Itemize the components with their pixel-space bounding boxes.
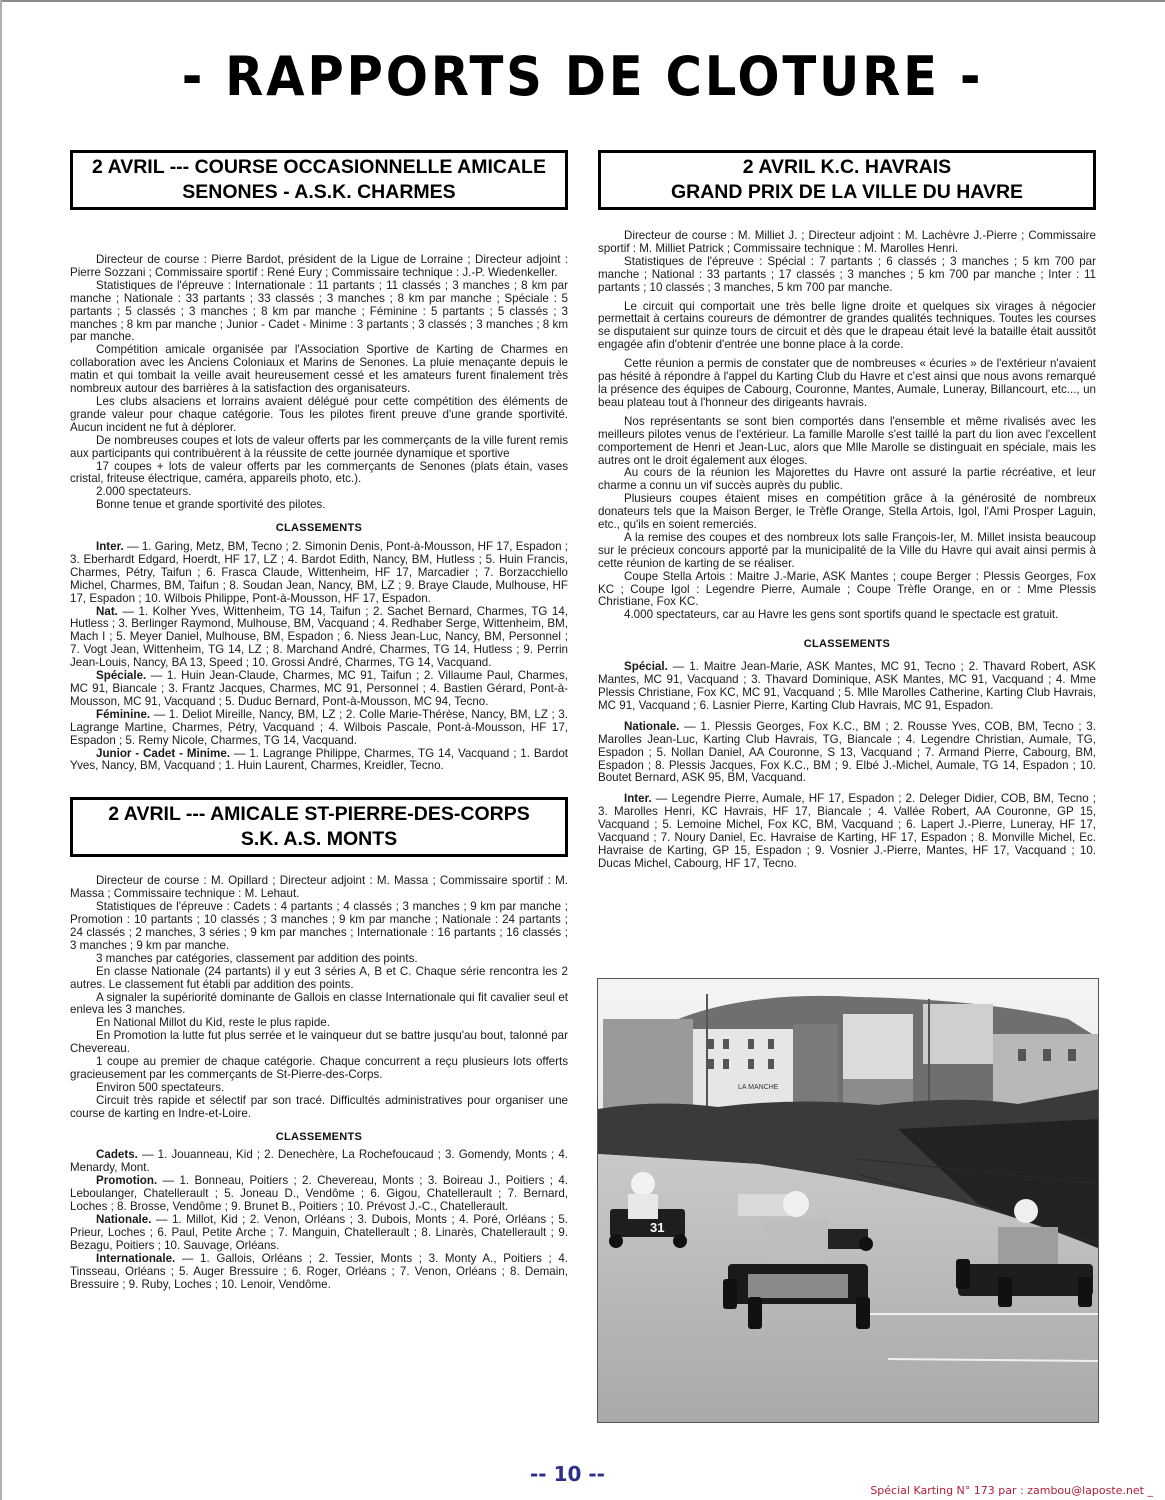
sign-text: LA MANCHE (738, 1084, 779, 1091)
category-results: — Legendre Pierre, Aumale, HF 17, Espado… (598, 792, 1096, 870)
category-results: — 1. Garing, Metz, BM, Tecno ; 2. Simoni… (70, 540, 568, 605)
heading-line-1: 2 AVRIL K.C. HAVRAIS (605, 155, 1089, 180)
paragraph: Statistiques de l'épreuve : Internationa… (70, 280, 568, 345)
paragraph: Plusieurs coupes étaient mises en compét… (598, 493, 1096, 532)
paragraph: Au cours de la réunion les Majorettes du… (598, 467, 1096, 493)
heading-line-2: GRAND PRIX DE LA VILLE DU HAVRE (605, 180, 1089, 205)
article-havre: 2 AVRIL K.C. HAVRAIS GRAND PRIX DE LA VI… (598, 150, 1096, 871)
paragraph: Le circuit qui comportait une très belle… (598, 301, 1096, 353)
paragraph: Bonne tenue et grande sportivité des pil… (70, 499, 568, 512)
paragraph: Cette réunion a permis de constater que … (598, 358, 1096, 410)
classement-entry: Spécial. — 1. Maitre Jean-Marie, ASK Man… (598, 661, 1096, 713)
classement-entry: Nationale. — 1. Millot, Kid ; 2. Venon, … (70, 1214, 568, 1253)
category-label: Spéciale. (96, 669, 146, 682)
category-label: Nationale. (96, 1213, 151, 1226)
paragraph: De nombreuses coupes et lots de valeur o… (70, 435, 568, 461)
left-column: 2 AVRIL --- COURSE OCCASIONNELLE AMICALE… (70, 150, 568, 1291)
article-heading: 2 AVRIL --- AMICALE ST-PIERRE-DES-CORPS … (70, 797, 568, 857)
paragraph: En Promotion la lutte fut plus serrée et… (70, 1030, 568, 1056)
article-body: Directeur de course : M. Opillard ; Dire… (70, 875, 568, 1291)
classements-heading: CLASSEMENTS (598, 638, 1096, 651)
classement-entry: Junior - Cadet - Minime. — 1. Lagrange P… (70, 748, 568, 774)
classement-entry: Féminine. — 1. Deliot Mireille, Nancy, B… (70, 709, 568, 748)
category-label: Nationale. (624, 720, 679, 733)
classement-entry: Cadets. — 1. Jouanneau, Kid ; 2. Denechè… (70, 1149, 568, 1175)
page-border-top (0, 0, 1165, 2)
paragraph: 1 coupe au premier de chaque catégorie. … (70, 1056, 568, 1082)
category-label: Inter. (624, 792, 652, 805)
heading-line-1: 2 AVRIL --- COURSE OCCASIONNELLE AMICALE (77, 155, 561, 180)
article-body: Directeur de course : Pierre Bardot, pré… (70, 254, 568, 773)
category-label: Inter. (96, 540, 124, 553)
paragraph: Circuit très rapide et sélectif par son … (70, 1095, 568, 1121)
category-label: Féminine. (96, 708, 150, 721)
category-label: Junior - Cadet - Minime. (96, 747, 230, 760)
classements-heading: CLASSEMENTS (70, 1131, 568, 1144)
article-body: Directeur de course : M. Milliet J. ; Di… (598, 230, 1096, 871)
category-label: Cadets. (96, 1148, 138, 1161)
classement-entry: Nat. — 1. Kolher Yves, Wittenheim, TG 14… (70, 606, 568, 671)
category-label: Spécial. (624, 660, 668, 673)
page-number: -- 10 -- (530, 1462, 605, 1486)
category-label: Promotion. (96, 1174, 157, 1187)
article-heading: 2 AVRIL K.C. HAVRAIS GRAND PRIX DE LA VI… (598, 150, 1096, 210)
paragraph: En classe Nationale (24 partants) il y e… (70, 966, 568, 992)
classement-entry: Internationale. — 1. Gallois, Orléans ; … (70, 1253, 568, 1292)
category-results: — 1. Maitre Jean-Marie, ASK Mantes, MC 9… (598, 660, 1096, 712)
classements-heading: CLASSEMENTS (70, 522, 568, 535)
category-results: — 1. Jouanneau, Kid ; 2. Denechère, La R… (70, 1148, 568, 1174)
category-results: — 1. Kolher Yves, Wittenheim, TG 14, Tai… (70, 605, 568, 670)
page-title: - RAPPORTS DE CLOTURE - (47, 42, 1119, 112)
race-photo: LA MANCHE 31 (597, 978, 1099, 1423)
paragraph: A signaler la supériorité dominante de G… (70, 992, 568, 1018)
right-column: 2 AVRIL K.C. HAVRAIS GRAND PRIX DE LA VI… (598, 150, 1096, 871)
paragraph: Directeur de course : M. Milliet J. ; Di… (598, 230, 1096, 256)
paragraph: 4.000 spectateurs, car au Havre les gens… (598, 609, 1096, 622)
paragraph: 3 manches par catégories, classement par… (70, 953, 568, 966)
kart-number: 31 (650, 1220, 664, 1235)
article-heading: 2 AVRIL --- COURSE OCCASIONNELLE AMICALE… (70, 150, 568, 210)
paragraph: Nos représentants se sont bien comportés… (598, 416, 1096, 468)
kart-race-illustration: LA MANCHE 31 (598, 979, 1099, 1423)
category-label: Internationale. (96, 1252, 175, 1265)
heading-line-2: S.K. A.S. MONTS (77, 827, 561, 852)
paragraph: 17 coupes + lots de valeur offerts par l… (70, 461, 568, 487)
credits-footer: Spécial Karting N° 173 par : zambou@lapo… (870, 1484, 1153, 1497)
classement-entry: Nationale. — 1. Plessis Georges, Fox K.C… (598, 721, 1096, 786)
classement-entry: Promotion. — 1. Bonneau, Poitiers ; 2. C… (70, 1175, 568, 1214)
paragraph: Les clubs alsaciens et lorrains avaient … (70, 396, 568, 435)
heading-line-2: SENONES - A.S.K. CHARMES (77, 180, 561, 205)
heading-line-1: 2 AVRIL --- AMICALE ST-PIERRE-DES-CORPS (77, 802, 561, 827)
paragraph: Directeur de course : Pierre Bardot, pré… (70, 254, 568, 280)
paragraph: Compétition amicale organisée par l'Asso… (70, 344, 568, 396)
paragraph: A la remise des coupes et des nombreux l… (598, 532, 1096, 571)
article-st-pierre: 2 AVRIL --- AMICALE ST-PIERRE-DES-CORPS … (70, 797, 568, 1291)
paragraph: Statistiques de l'épreuve : Spécial : 7 … (598, 256, 1096, 295)
paragraph: Environ 500 spectateurs. (70, 1082, 568, 1095)
page-border-left (0, 0, 2, 1500)
paragraph: Coupe Stella Artois : Maitre J.-Marie, A… (598, 571, 1096, 610)
classement-entry: Inter. — Legendre Pierre, Aumale, HF 17,… (598, 793, 1096, 870)
paragraph: Statistiques de l'épreuve : Cadets : 4 p… (70, 901, 568, 953)
category-label: Nat. (96, 605, 118, 618)
paragraph: Directeur de course : M. Opillard ; Dire… (70, 875, 568, 901)
article-senones: 2 AVRIL --- COURSE OCCASIONNELLE AMICALE… (70, 150, 568, 773)
classement-entry: Spéciale. — 1. Huin Jean-Claude, Charmes… (70, 670, 568, 709)
classement-entry: Inter. — 1. Garing, Metz, BM, Tecno ; 2.… (70, 541, 568, 606)
